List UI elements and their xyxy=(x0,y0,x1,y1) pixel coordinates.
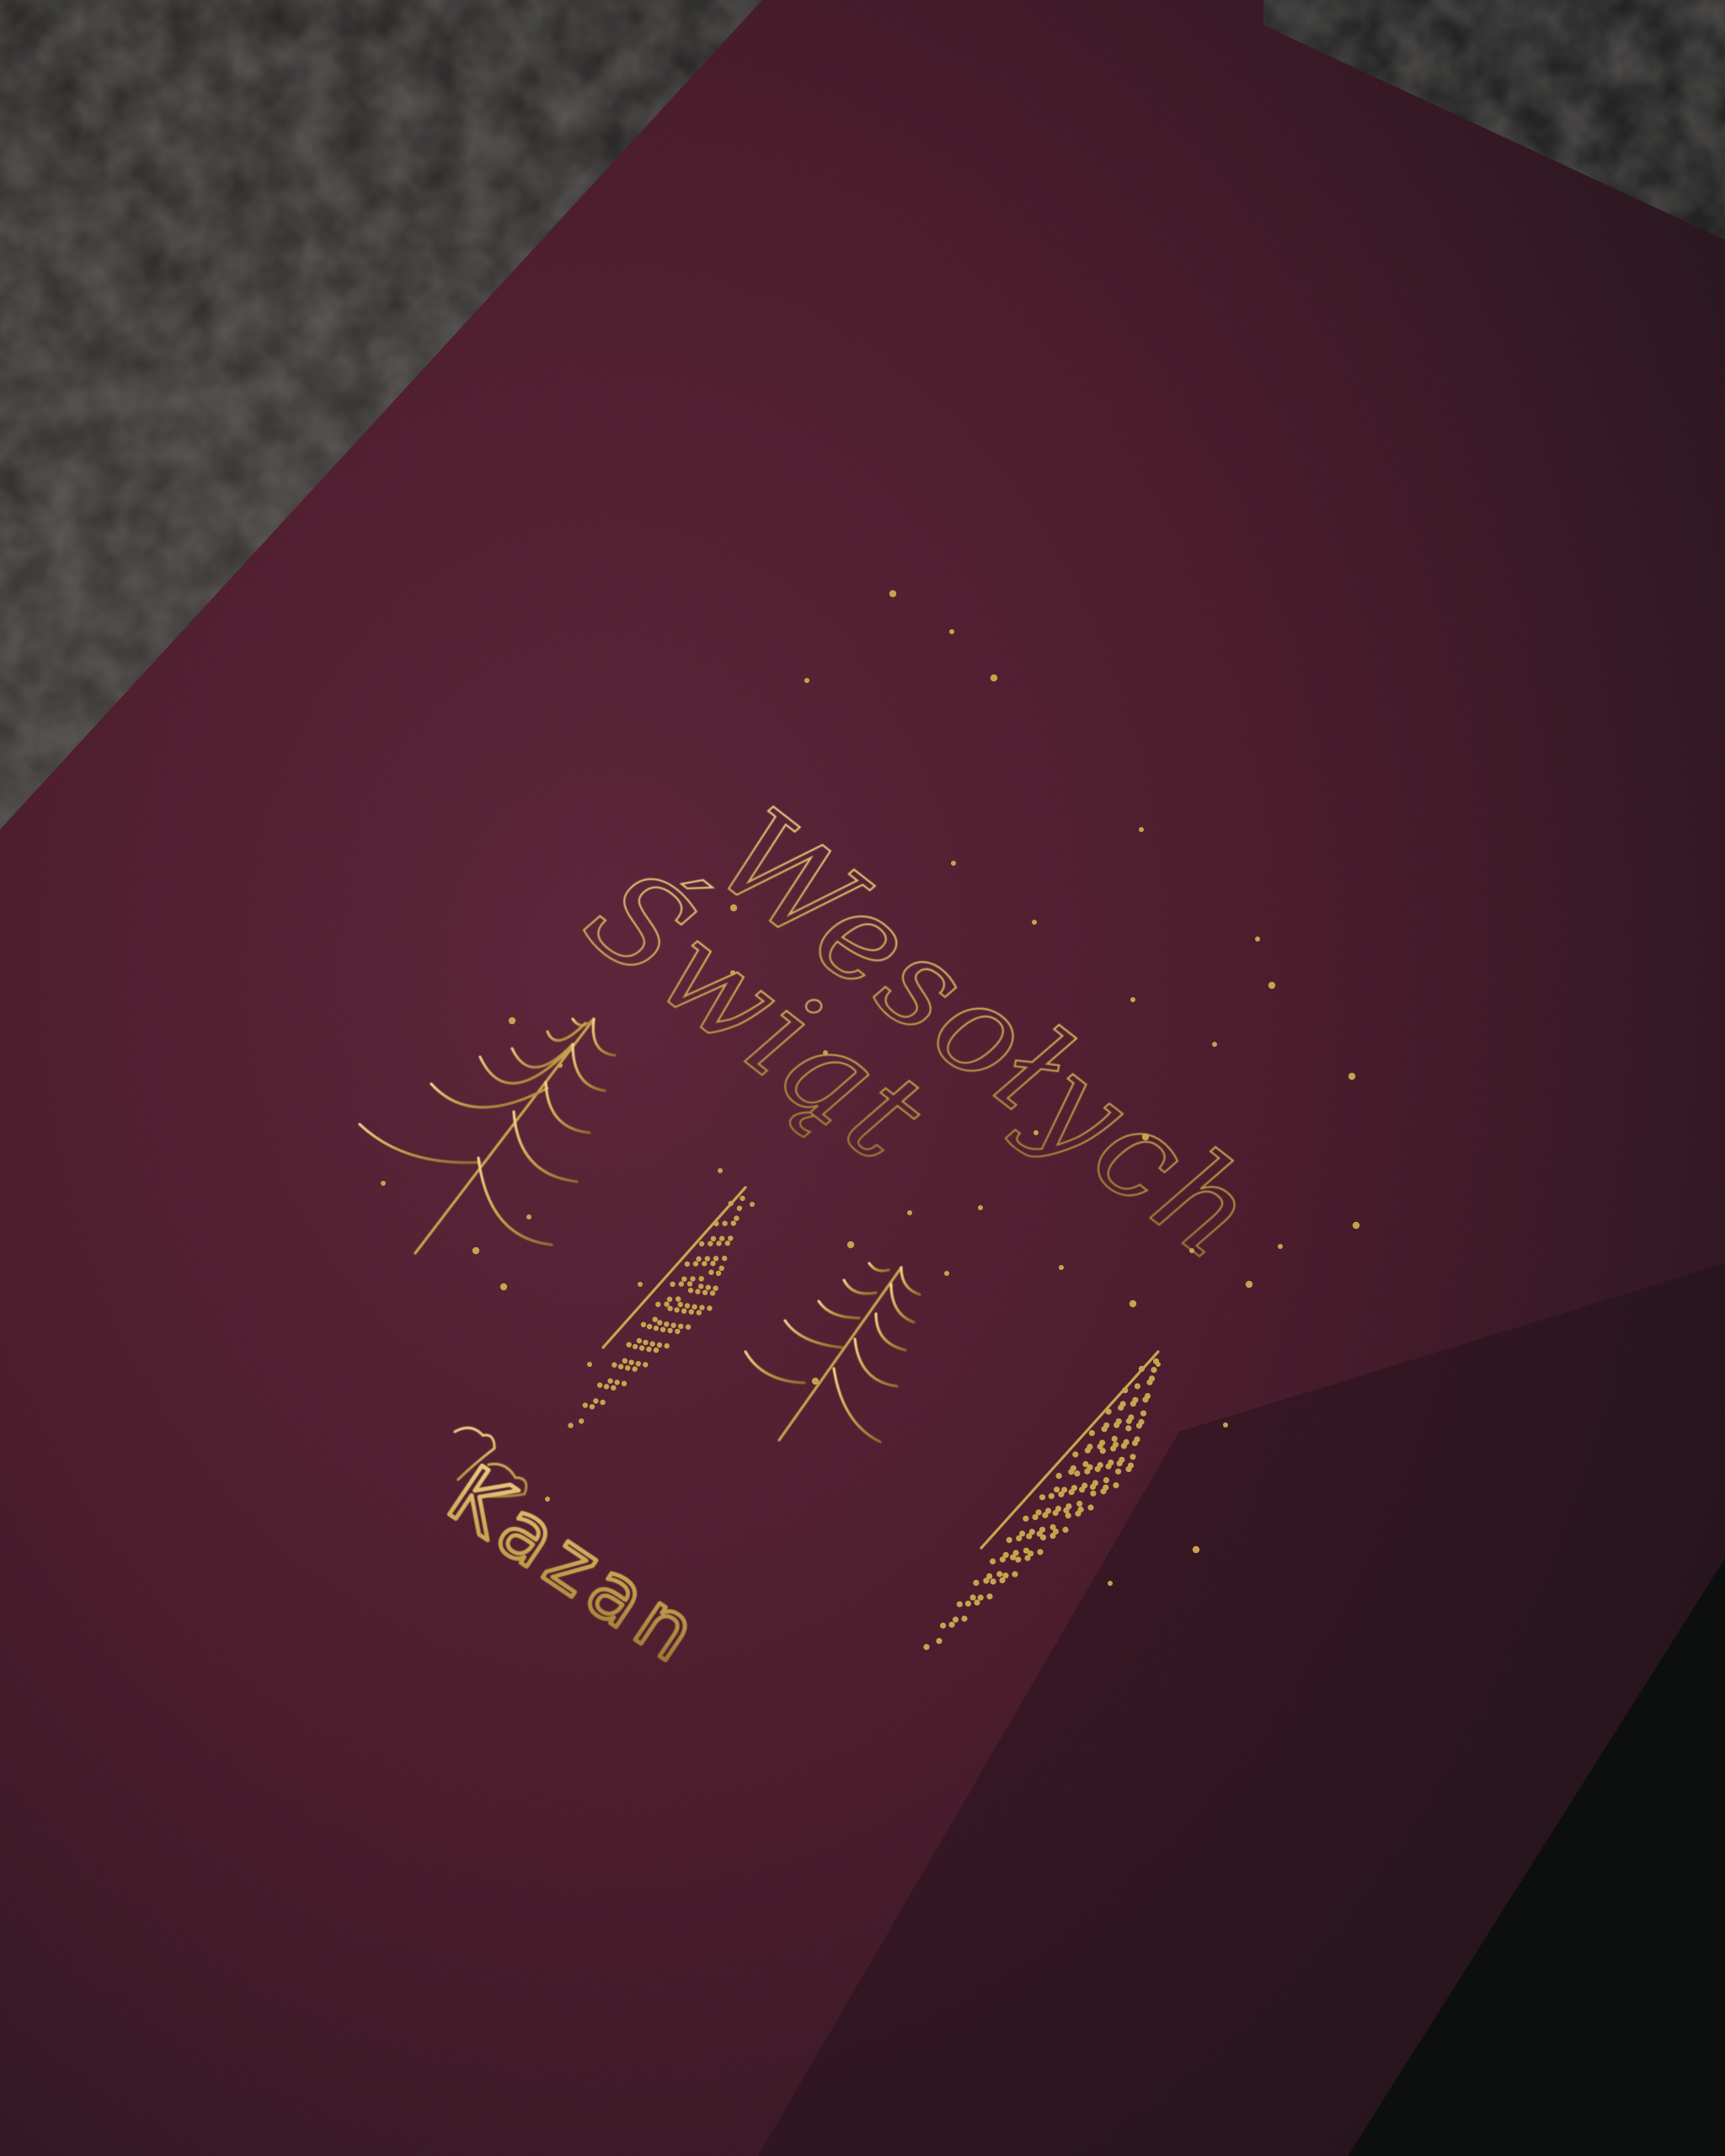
gold-dot xyxy=(660,1327,665,1332)
gold-dot xyxy=(1255,937,1260,942)
gold-dot xyxy=(637,1338,642,1343)
gold-dot xyxy=(1000,1556,1006,1562)
gold-dot xyxy=(1126,1418,1132,1424)
gold-dot xyxy=(990,1558,996,1564)
gold-dot xyxy=(970,1594,976,1600)
gold-dot xyxy=(728,1235,733,1241)
gold-dot xyxy=(1100,1448,1106,1454)
gold-dot xyxy=(710,1290,715,1295)
gold-dot xyxy=(593,1398,598,1403)
gold-dot xyxy=(1090,1484,1096,1490)
gold-dot xyxy=(558,1063,563,1068)
gold-dot xyxy=(1118,1405,1124,1411)
gold-dot xyxy=(722,1256,727,1261)
gold-dot xyxy=(633,1366,638,1371)
gold-dot xyxy=(583,1402,588,1407)
gold-dot xyxy=(681,1277,686,1282)
gold-dot xyxy=(685,1262,690,1267)
gold-dot xyxy=(1130,1454,1135,1460)
gold-dot xyxy=(1084,1469,1090,1475)
gold-dot xyxy=(590,1404,595,1409)
gold-dot xyxy=(948,1622,954,1628)
gold-dot xyxy=(674,1307,679,1312)
gold-dot xyxy=(713,1286,718,1291)
gold-dot xyxy=(729,1201,734,1206)
gold-dot xyxy=(944,1271,949,1276)
gold-dot xyxy=(710,1261,715,1266)
gold-dot xyxy=(1085,1448,1091,1454)
gold-dot xyxy=(978,1594,984,1600)
gold-dot xyxy=(665,1343,670,1348)
gold-dot xyxy=(1016,1535,1022,1541)
gold-dot xyxy=(804,678,809,683)
gold-dot xyxy=(509,1017,515,1024)
gold-dot xyxy=(1037,1549,1043,1555)
gold-dot xyxy=(473,1247,479,1254)
gold-dot xyxy=(699,1305,704,1310)
gold-dot xyxy=(1032,920,1037,925)
gold-dot xyxy=(1042,1513,1048,1518)
gold-dot xyxy=(579,1418,584,1423)
gold-dot xyxy=(1130,997,1135,1002)
gold-dot xyxy=(628,1360,633,1365)
gold-dot xyxy=(706,1285,711,1290)
gold-dot xyxy=(1040,1534,1046,1540)
gold-dot xyxy=(953,1617,959,1623)
gold-dot xyxy=(722,1221,727,1226)
gold-dot xyxy=(1033,1514,1039,1520)
gold-dot xyxy=(991,1578,996,1584)
gold-dot xyxy=(622,1381,627,1386)
gold-dot xyxy=(641,1322,646,1327)
gold-dot xyxy=(1348,1073,1355,1080)
gold-dot xyxy=(686,1325,691,1330)
gold-dot xyxy=(1139,827,1144,832)
gold-dot xyxy=(1103,1477,1109,1483)
gold-dot xyxy=(636,1361,641,1366)
gold-dot xyxy=(1106,1464,1112,1470)
gold-dot xyxy=(1049,1533,1055,1539)
gold-dot xyxy=(716,1271,721,1276)
gold-dot xyxy=(1074,1470,1080,1476)
gold-dot xyxy=(1076,1501,1082,1507)
gold-dot xyxy=(607,1379,612,1384)
gold-dot xyxy=(664,1301,669,1306)
gold-dot xyxy=(657,1342,662,1347)
gold-dot xyxy=(587,1362,592,1367)
gold-dot xyxy=(730,970,735,975)
gold-dot xyxy=(731,1220,736,1225)
gold-dot xyxy=(1246,1281,1252,1288)
gold-dot xyxy=(1193,1546,1199,1553)
gold-dot xyxy=(597,1383,602,1388)
gold-dot xyxy=(676,1296,681,1301)
gold-dot xyxy=(1059,1265,1064,1270)
gold-dot xyxy=(526,1214,531,1219)
gold-dot xyxy=(1056,1473,1062,1479)
gold-dot xyxy=(1106,1409,1112,1415)
gold-dot xyxy=(1223,1422,1228,1428)
gold-dot xyxy=(670,1323,676,1328)
gold-dot xyxy=(1079,1486,1085,1492)
gold-dot xyxy=(951,861,956,866)
gold-dot xyxy=(965,1601,971,1607)
gold-dot xyxy=(702,1261,707,1266)
gold-dot xyxy=(1089,1430,1095,1436)
gold-dot xyxy=(699,1276,704,1281)
gold-dot xyxy=(696,1257,701,1262)
gold-dot xyxy=(1212,1042,1217,1047)
gold-dot xyxy=(1010,1555,1016,1561)
gold-dot xyxy=(1146,1380,1152,1385)
gold-dot xyxy=(679,1281,684,1286)
gold-dot xyxy=(1012,1572,1017,1577)
gold-dot xyxy=(647,1324,652,1329)
gold-dot xyxy=(1125,1466,1131,1472)
gold-dot xyxy=(670,1282,675,1287)
gold-dot xyxy=(568,1422,573,1428)
gold-dot xyxy=(604,1384,609,1389)
gold-dot xyxy=(689,1310,694,1315)
gold-dot xyxy=(1110,1445,1116,1451)
gold-dot xyxy=(1125,1425,1131,1431)
gold-dot xyxy=(847,1241,854,1248)
gold-dot xyxy=(667,1328,672,1333)
gold-dot xyxy=(690,1276,695,1281)
gold-dot xyxy=(1132,1440,1138,1446)
gold-dot xyxy=(695,1289,700,1294)
gold-dot xyxy=(1026,1534,1032,1540)
gold-dot xyxy=(654,1326,659,1331)
gold-dot xyxy=(974,1599,980,1605)
gold-dot xyxy=(1049,1493,1055,1499)
gold-dot xyxy=(643,1340,648,1345)
gold-dot xyxy=(611,1363,617,1368)
gold-dot xyxy=(625,1365,630,1370)
gold-dot xyxy=(1039,1494,1045,1500)
gold-dot xyxy=(1130,1401,1136,1406)
gold-dot xyxy=(713,1221,718,1226)
gold-dot xyxy=(1115,1469,1121,1475)
gold-dot xyxy=(711,1236,716,1241)
gold-dot xyxy=(730,905,737,911)
gold-dot xyxy=(1142,1134,1149,1140)
gold-dot xyxy=(718,1168,723,1173)
gold-dot xyxy=(812,1378,819,1385)
gold-dot xyxy=(705,1256,710,1261)
gold-dot xyxy=(1100,1488,1106,1494)
gold-dot xyxy=(1112,1436,1118,1442)
gold-dot xyxy=(614,1380,619,1385)
gold-dot xyxy=(600,1400,605,1405)
gold-dot xyxy=(1140,1411,1146,1417)
gold-dot xyxy=(1053,1510,1059,1516)
gold-dot xyxy=(639,1346,644,1351)
gold-dot xyxy=(996,1571,1002,1577)
gold-dot xyxy=(1075,1511,1081,1517)
gold-dot xyxy=(973,1580,979,1586)
gold-dot xyxy=(1117,1460,1123,1466)
gold-dot xyxy=(750,1202,755,1207)
gold-dot xyxy=(957,1601,963,1607)
gold-dot xyxy=(649,1342,654,1347)
gold-dot xyxy=(667,1306,672,1311)
gold-dot xyxy=(1069,1489,1075,1495)
gold-dot xyxy=(1087,1504,1093,1510)
gold-dot xyxy=(681,1309,686,1314)
gold-dot xyxy=(1278,1244,1283,1249)
gold-dot xyxy=(618,1364,623,1369)
gold-dot xyxy=(1139,1366,1145,1372)
gold-dot xyxy=(611,1385,616,1390)
gold-dot xyxy=(627,1342,632,1347)
gold-dot xyxy=(653,1317,658,1322)
gold-dot xyxy=(1122,1387,1128,1393)
gold-dot xyxy=(1142,1396,1148,1402)
gold-dot xyxy=(685,1303,690,1308)
gold-dot xyxy=(655,1302,660,1307)
gold-dot xyxy=(692,1305,697,1310)
gold-dot xyxy=(1268,982,1275,989)
gold-dot xyxy=(713,1256,718,1261)
gold-dot xyxy=(1007,1537,1012,1543)
gold-dot xyxy=(702,1290,708,1295)
gold-dot xyxy=(1189,1248,1194,1253)
gold-dot xyxy=(678,1302,683,1307)
photo-scene: Wesołych Świąt xyxy=(0,0,1725,2156)
gold-dot xyxy=(1024,1555,1030,1561)
gold-dot xyxy=(643,1362,648,1367)
gold-dot xyxy=(667,1297,672,1302)
gold-dot xyxy=(907,1210,912,1215)
gold-dot xyxy=(1072,1451,1078,1457)
gold-dot xyxy=(708,1241,713,1246)
gold-dot xyxy=(664,1321,669,1326)
gold-dot xyxy=(1102,1426,1108,1432)
gold-dot xyxy=(1353,1222,1359,1229)
gold-dot xyxy=(699,1241,704,1246)
gold-dot xyxy=(657,1320,662,1325)
gold-dot xyxy=(719,1235,724,1241)
gold-dot xyxy=(1054,1486,1060,1492)
gold-dot xyxy=(940,1623,946,1629)
gold-dot xyxy=(734,1215,739,1220)
gold-dot xyxy=(687,1281,692,1286)
gold-dot xyxy=(1065,1513,1071,1518)
gold-dot xyxy=(1135,1383,1140,1389)
gold-dot xyxy=(1121,1443,1127,1449)
gold-dot xyxy=(500,1283,507,1290)
gold-dot xyxy=(889,590,896,597)
gold-dot xyxy=(646,1347,651,1352)
gold-dot xyxy=(654,1347,659,1353)
gold-dot xyxy=(991,675,997,681)
gold-dot xyxy=(1156,1362,1161,1367)
gold-dot xyxy=(708,1270,713,1275)
gold-dot xyxy=(1130,1300,1136,1307)
gold-dot xyxy=(936,1638,942,1644)
gold-dot xyxy=(1023,1516,1028,1522)
gold-dot xyxy=(675,1329,680,1334)
gold-dot xyxy=(1095,1466,1101,1472)
gold-dot xyxy=(1108,1581,1113,1586)
gold-dot xyxy=(688,1288,693,1293)
gold-dot xyxy=(678,1324,683,1329)
gold-dot xyxy=(1033,1130,1039,1135)
gold-dot xyxy=(823,1050,828,1055)
gold-dot xyxy=(740,1196,745,1201)
gold-dot xyxy=(1136,1422,1142,1428)
gold-dot xyxy=(622,1358,628,1364)
gold-dot xyxy=(999,1577,1005,1583)
gold-dot xyxy=(1015,1556,1021,1562)
gold-dot xyxy=(633,1344,638,1349)
gold-dot xyxy=(737,1206,742,1211)
gold-dot xyxy=(638,1282,643,1287)
gold-dot xyxy=(978,1205,983,1210)
gold-dot xyxy=(725,1241,730,1246)
gold-dot xyxy=(1114,1422,1119,1428)
gold-dot xyxy=(719,1266,724,1271)
gold-dot xyxy=(949,629,954,634)
gold-dot xyxy=(697,1310,702,1315)
gold-dot xyxy=(381,1181,386,1186)
gold-dot xyxy=(707,1305,712,1310)
gold-dot xyxy=(961,1615,967,1621)
gold-dot xyxy=(1068,1469,1074,1475)
gold-dot xyxy=(1113,1482,1119,1488)
gold-dot xyxy=(1151,1367,1156,1373)
gold-dot xyxy=(1090,1491,1096,1497)
gold-dot xyxy=(1062,1527,1068,1533)
gold-dot xyxy=(693,1261,698,1266)
gold-dot xyxy=(983,1577,989,1583)
gold-dot xyxy=(716,1241,721,1246)
gold-dot xyxy=(986,1593,992,1599)
gold-dot xyxy=(923,1644,929,1650)
gold-dot xyxy=(698,1283,703,1289)
gold-dot xyxy=(1058,1492,1064,1497)
